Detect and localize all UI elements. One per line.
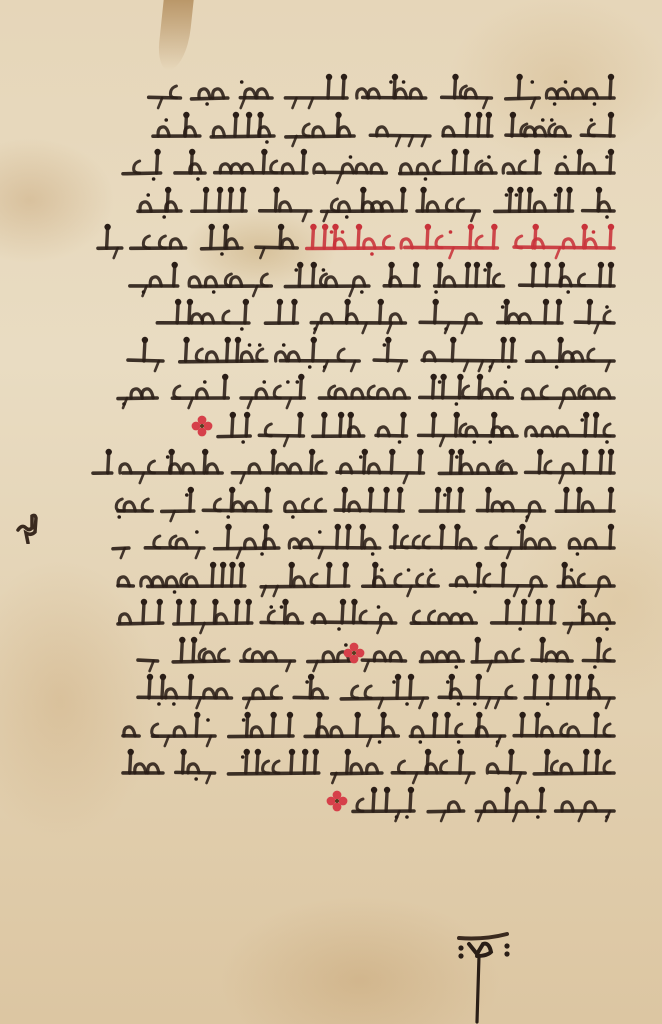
marginal-note: ܠ [16, 512, 42, 548]
manuscript-line: ܘܚܕ ܟܠ ܕܝܢܐ ܗܘ ܕܡܫܬܡܥ ܘܐܦܕ [88, 483, 618, 521]
manuscript-line: ܕܒܥܘܬܐ ܕܐܒܗܐ ܩܕܝܫܐ ܡܕܒܪܢܐ [88, 708, 618, 746]
manuscript-line: ܘܐܝܬܘܗܝ ܩܕܡܝܐ ܕܢܦܫܬܐ ܕܟܠ [88, 408, 618, 446]
manuscript-line: ܕܢܦܩܝܢ ܗܘܘ ܟܢܫܐ ܘܐܚܕܘ ܚܕ [88, 558, 618, 596]
manuscript-line: ܟܠܗܘܢ ܕܡܢܗ ܕܝܠܗ ܕܐܠܗܐ ܟܠ [88, 745, 618, 783]
manuscript-line: ܘܝܠܕ ܒܝܬ ܐܒܘܗܝ ܡܢ ܕܡܝܕܝܢ ܚܝܐ ܘܗܘܝܬ [88, 145, 618, 183]
manuscript-line: ܕܢ ܥܠܡܐ ܕܐܘܪܗܝ ܘܫܠܡܐ ܡܢܗ [88, 370, 618, 408]
manuscript-line: ܘܩܠܒ ܠܗ ܐܘ ܡܫܬܒܚܐ ܒܫܡܐ ܗܘ ܕܟܠ [88, 108, 618, 146]
water-stain [156, 0, 193, 70]
manuscript-line: ܢܫܝܐ ܡܢ ܕܡܚܘܐ ܠܗ ܕܢܘܕܐ [88, 633, 618, 671]
manuscript-line: ܕܡܢܗܘܢ ܡܩܒܠܝܢ ܥܡܗ ܘܐܝܬܝܗ [88, 595, 618, 633]
manuscript-line: ܘܗܒ ܐܘܪܚܐ ܕܡܫܝܚܐ ܒܫܠܡܐ ܘܐܬܐ ܠܗ [88, 258, 618, 296]
manuscript-line: ܘܐܒܕ ܠܟܠܗܘܢ ܕܒܢܝܐ ܠܟܣܗܘܢ [88, 333, 618, 371]
manuscript-line: ܕܠܐ ܕܪܝܫܐ ܕܗܘܐ ܐܦ ܩܠܐ ܕܡܫܒܚܐ [88, 220, 618, 258]
catchword: ܢܫ [455, 928, 515, 1024]
manuscript-line: ܗܠܝܢ ܕܡܫܡܫܝܢ ܠܡܫܝܚܐ ܘܡܕܒܪܝܢ ܠܗ [88, 183, 618, 221]
manuscript-line: ܐܘܕܝ ܒܫܠܡܐ ܕܐܠܗܐ ܕܐܬܐ ܘܐܩܪܒ [88, 295, 618, 333]
text-column: ܒܥܒܕܐ ܕܐܒܘܗܝ ܘܡܣܒܪ ܠܗ ܥܠ ܡܐ ܕܥܒܕܘܩܠܒ ܠܗ … [88, 70, 618, 820]
manuscript-line: ܒܥܒܕܐ ܕܐܒܘܗܝ ܘܡܣܒܪ ܠܗ ܥܠ ܡܐ ܕܥܒܕ [88, 70, 618, 108]
manuscript-line: ܩܕܡ ܕܠܗ ܕܢܗܘܐ ܠܗ [88, 783, 618, 821]
manuscript-line: ܡܫܝܚܐ ܡܚܕܐ ܥܠ ܐܢܫܐ ܕܡܬܚܙܐ [88, 445, 618, 483]
manuscript-folio: ܒܥܒܕܐ ܕܐܒܘܗܝ ܘܡܣܒܪ ܠܗ ܥܠ ܡܐ ܕܥܒܕܘܩܠܒ ܠܗ … [0, 0, 662, 1024]
manuscript-line: ܠܟܠܗ ܚܕ ܕܡܬܒܥܐ ܘܐܡܪ ܕܡܫܚܠܦ [88, 670, 618, 708]
manuscript-line: ܟܢܫܐ ܕܐܝܬ ܕܝܢ ܠܐܘܪܚܐ ܠܒܢܝܢܐ [88, 520, 618, 558]
